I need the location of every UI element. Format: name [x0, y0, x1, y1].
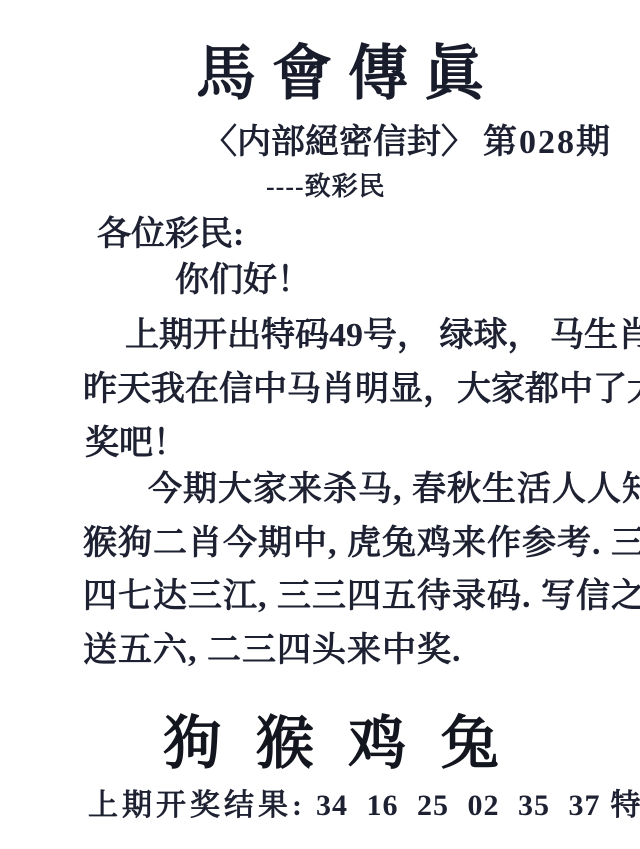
previous-draw-results: 上期开奖结果:34 16 25 02 35 37特49 — [88, 780, 640, 824]
results-numbers: 34 16 25 02 35 37 — [316, 789, 601, 822]
paragraph2-line1: 今期大家来杀马, 春秋生活人人知. — [148, 461, 640, 510]
paragraph1-line2: 昨天我在信中马肖明显，大家都中了大 — [83, 361, 640, 410]
paragraph2-line2: 猴狗二肖今期中, 虎兔鸡来作参考. 三五 — [83, 515, 640, 564]
salutation: 各位彩民: — [97, 206, 244, 255]
paragraph2-line3: 四七达三江, 三三四五待录码. 写信之人 — [83, 568, 640, 617]
document-subtitle: 〈内部絕密信封〉第028期 — [203, 114, 612, 163]
recommended-animals: 狗 猴 鸡 兔 — [0, 696, 640, 780]
paragraph2-line4: 送五六, 二三四头来中奖. — [83, 622, 462, 671]
issue-number: 第028期 — [483, 124, 612, 161]
fax-letter-document: 馬會傳眞 〈内部絕密信封〉第028期 ----致彩民 各位彩民: 你们好！ 上期… — [0, 0, 640, 849]
paragraph1-line3: 奖吧！ — [85, 415, 187, 464]
results-special-number: 特49 — [611, 789, 640, 822]
dedication-line: ----致彩民 — [266, 166, 386, 203]
paragraph1-line1: 上期开出特码49号， 绿球， 马生肖。 — [125, 307, 640, 356]
results-label: 上期开奖结果: — [88, 789, 306, 822]
envelope-label: 〈内部絕密信封〉 — [203, 124, 475, 161]
document-title: 馬會傳眞 — [196, 26, 500, 112]
greeting: 你们好！ — [175, 252, 311, 301]
